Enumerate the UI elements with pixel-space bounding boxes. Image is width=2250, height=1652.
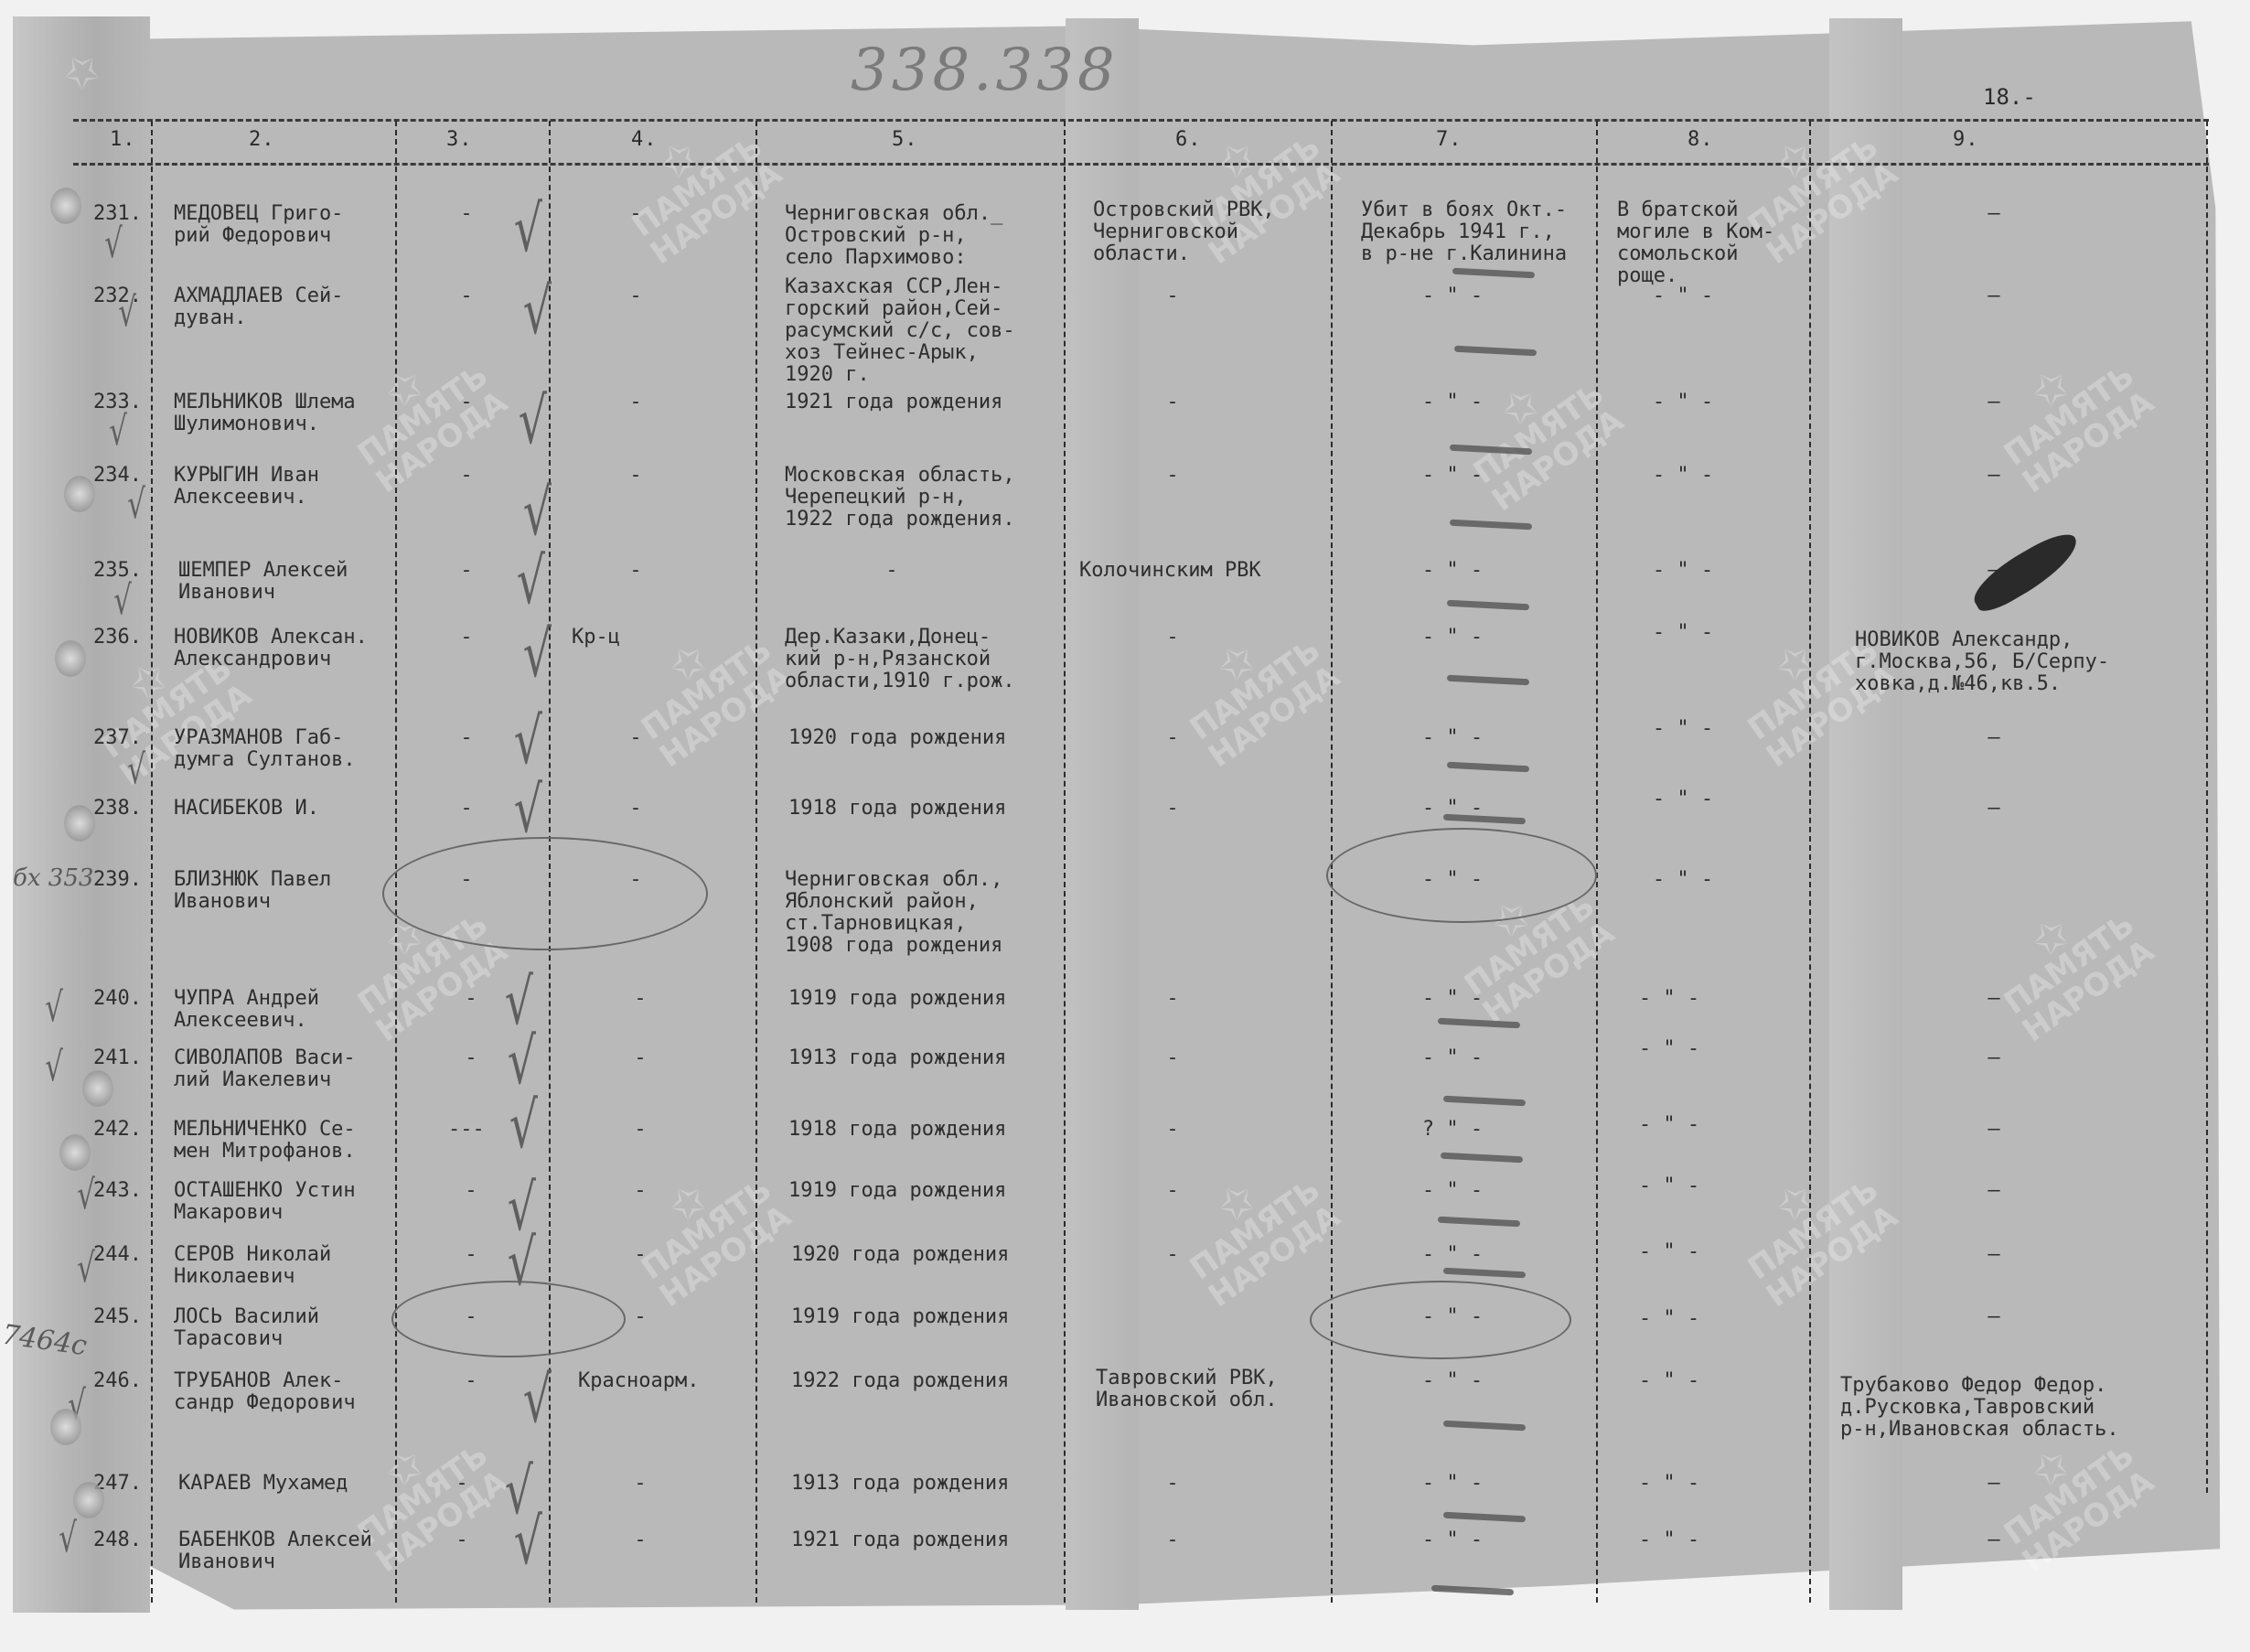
col6-rvk: - [1154, 1529, 1191, 1551]
check-mark-icon: √ [127, 485, 145, 525]
soldier-name-cont: Николаевич [174, 1266, 295, 1288]
col9-relative: — [1976, 988, 2012, 1010]
check-mark-icon: √ [523, 1368, 552, 1432]
check-mark-icon: √ [113, 581, 132, 621]
col9-relative: — [1976, 1473, 2012, 1495]
col4-value: - [617, 285, 654, 307]
col9-relative: — [1976, 285, 2012, 307]
col6-rvk: Островский РВК, Черниговской области. [1093, 199, 1275, 265]
col4-value: - [622, 1244, 659, 1266]
column-header-8: 8. [1687, 128, 1714, 151]
soldier-name-cont: сандр Федорович [174, 1392, 356, 1414]
soldier-name-cont: Иванович [174, 891, 271, 913]
col9-relative: — [1976, 1306, 2012, 1328]
col8-burial: - " - [1646, 560, 1720, 582]
row-number: 248. [78, 1529, 142, 1551]
col5-birthplace: Черниговская обл., Яблонский район, ст.Т… [785, 869, 1002, 957]
col3-value: - [453, 988, 489, 1010]
col6-rvk: - [1154, 988, 1191, 1010]
col7-fate: - " - [1416, 1047, 1489, 1069]
col4-value: - [622, 1047, 659, 1069]
page-number: 18.- [1983, 84, 2036, 110]
check-mark-icon: √ [45, 988, 63, 1028]
table-header-rule [73, 163, 2209, 166]
col7-fate: - " - [1416, 1180, 1489, 1202]
col4-value: - [622, 988, 659, 1010]
column-header-6: 6. [1175, 128, 1202, 151]
check-mark-icon: √ [514, 778, 542, 842]
col6-rvk: - [1154, 1473, 1191, 1495]
col7-fate: Убит в боях Окт.- Декабрь 1941 г., в р-н… [1361, 199, 1567, 265]
col7-fate: - " - [1416, 285, 1489, 307]
column-header-7: 7. [1436, 128, 1462, 151]
col5-birthplace: 1920 года рождения [791, 1244, 1009, 1266]
col8-burial: - " - [1633, 1038, 1706, 1060]
col5-birthplace: 1913 года рождения [791, 1473, 1009, 1495]
col9-relative: НОВИКОВ Александр, г.Москва,56, Б/Серпу-… [1855, 629, 2109, 695]
col9-relative: — [1976, 1529, 2012, 1551]
col7-fate: - " - [1416, 627, 1489, 649]
circled-mark [1326, 828, 1597, 923]
col6-rvk: Тавровский РВК, Ивановской обл. [1096, 1368, 1278, 1411]
col6-rvk: - [1154, 1119, 1191, 1141]
check-mark-icon: √ [508, 1230, 536, 1294]
col9-relative: — [1976, 203, 2012, 225]
col8-burial: - " - [1646, 392, 1720, 413]
col3-value: - [448, 285, 485, 307]
punch-hole [82, 1070, 113, 1107]
col5-birthplace: 1918 года рождения [788, 1119, 1006, 1141]
col4-value: - [622, 1180, 659, 1202]
check-mark-icon: √ [514, 197, 542, 261]
soldier-name: УРАЗМАНОВ Габ- [174, 727, 343, 749]
col5-birthplace: 1919 года рождения [791, 1306, 1009, 1328]
col7-fate: - " - [1416, 465, 1489, 487]
col6-rvk: - [1154, 392, 1191, 413]
soldier-name-cont: Иванович [178, 1551, 275, 1573]
col9-relative: — [1976, 798, 2012, 820]
col8-burial: - " - [1633, 1473, 1706, 1495]
archive-number-handwritten: 338.338 [851, 37, 1119, 104]
col8-burial: - " - [1646, 622, 1720, 644]
col7-fate: - " - [1416, 392, 1489, 413]
col3-value: - [453, 1370, 489, 1392]
check-mark-icon: √ [514, 1509, 542, 1573]
col7-fate: - " - [1416, 560, 1489, 582]
check-mark-icon: √ [59, 1518, 77, 1559]
col3-value: - [453, 1244, 489, 1266]
soldier-name: МЕЛЬНИКОВ Шлема [174, 392, 356, 413]
check-mark-icon: √ [523, 480, 552, 544]
row-number: 242. [78, 1119, 142, 1141]
punch-hole [50, 188, 81, 224]
col7-fate: - " - [1416, 1370, 1489, 1392]
col9-relative: — [1976, 465, 2012, 487]
col3-value: - [448, 392, 485, 413]
col9-relative: — [1976, 1180, 2012, 1202]
col3-value: - [444, 1473, 480, 1495]
column-header-2: 2. [249, 128, 275, 151]
col3-value: - [453, 1180, 489, 1202]
col5-birthplace: 1913 года рождения [788, 1047, 1006, 1069]
col3-value: - [448, 560, 485, 582]
col8-burial: - " - [1633, 1175, 1706, 1197]
col7-fate: - " - [1416, 1244, 1489, 1266]
col6-rvk: - [1154, 1047, 1191, 1069]
soldier-name: ОСТАШЕНКО Устин [174, 1180, 356, 1202]
column-header-9: 9. [1953, 128, 1979, 151]
col9-relative: Трубаково Федор Федор. д.Русковка,Тавров… [1840, 1375, 2119, 1441]
soldier-name: БАБЕНКОВ Алексей [178, 1529, 372, 1551]
soldier-name: МЕЛЬНИЧЕНКО Се- [174, 1119, 356, 1141]
col6-rvk: - [1154, 727, 1191, 749]
col7-fate: ? " - [1416, 1119, 1489, 1141]
column-divider [1596, 121, 1598, 1603]
col8-burial: В братской могиле в Ком- сомольской роще… [1617, 199, 1774, 287]
col5-birthplace: 1921 года рождения [785, 392, 1002, 413]
check-mark-icon: √ [118, 293, 136, 333]
column-divider [1064, 121, 1066, 1603]
col4-value: - [617, 203, 654, 225]
check-mark-icon: √ [45, 1047, 63, 1088]
col9-relative: — [1976, 1244, 2012, 1266]
col4-value: Красноарм. [578, 1370, 699, 1392]
col8-burial: - " - [1646, 285, 1720, 307]
column-divider [755, 121, 757, 1603]
col6-rvk: - [1154, 285, 1191, 307]
check-mark-icon: √ [519, 389, 547, 453]
circled-mark [382, 837, 708, 950]
col4-value: - [617, 798, 654, 820]
check-mark-icon: √ [514, 709, 542, 773]
punch-hole [64, 805, 95, 842]
col3-value: - [448, 727, 485, 749]
column-header-5: 5. [892, 128, 918, 151]
check-mark-icon: √ [523, 622, 552, 686]
check-mark-icon: √ [508, 1029, 536, 1093]
column-divider [395, 121, 397, 1603]
col4-value: - [617, 465, 654, 487]
row-number: 235. [78, 560, 142, 582]
col5-birthplace: Дер.Казаки,Донец- кий р-н,Рязанской обла… [785, 627, 1015, 692]
soldier-name-cont: лий Иакелевич [174, 1069, 331, 1091]
circled-mark [1310, 1281, 1571, 1359]
col8-burial: - " - [1633, 1529, 1706, 1551]
col8-burial: - " - [1646, 465, 1720, 487]
check-mark-icon: √ [523, 279, 552, 343]
col5-birthplace: 1919 года рождения [788, 988, 1006, 1010]
col3-value: - [444, 1529, 480, 1551]
soldier-name: КАРАЕВ Мухамед [178, 1473, 348, 1495]
soldier-name: НОВИКОВ Алексан. [174, 627, 368, 649]
soldier-name-cont: рий Федорович [174, 225, 331, 247]
col3-value: - [448, 203, 485, 225]
col5-birthplace: 1922 года рождения [791, 1370, 1009, 1392]
column-header-1: 1. [110, 128, 136, 151]
col4-value: - [622, 1306, 659, 1328]
col7-fate: - " - [1416, 1529, 1489, 1551]
check-mark-icon: √ [509, 1093, 538, 1157]
col7-fate: - " - [1416, 727, 1489, 749]
soldier-name: МЕДОВЕЦ Григо- [174, 203, 343, 225]
col6-rvk: - [1154, 1244, 1191, 1266]
soldier-name-cont: Алексеевич. [174, 1010, 307, 1032]
check-mark-icon: √ [127, 750, 145, 790]
col9-relative: — [1976, 727, 2012, 749]
punch-hole [55, 640, 86, 677]
col7-fate: - " - [1416, 988, 1489, 1010]
col8-burial: - " - [1646, 718, 1720, 740]
col6-rvk: - [1154, 1180, 1191, 1202]
soldier-name-cont: думга Султанов. [174, 749, 356, 771]
col4-value: - [617, 727, 654, 749]
column-divider [1809, 121, 1811, 1603]
col5-birthplace: Черниговская обл._ Островский р-н, село … [785, 203, 1002, 269]
col4-value: - [622, 1529, 659, 1551]
soldier-name: СИВОЛАПОВ Васи- [174, 1047, 356, 1069]
col6-rvk: Колочинским РВК [1079, 560, 1261, 582]
row-number: 241. [78, 1047, 142, 1069]
col9-relative: — [1976, 1047, 2012, 1069]
soldier-name-cont: мен Митрофанов. [174, 1141, 356, 1163]
col9-relative: — [1976, 392, 2012, 413]
column-divider [151, 121, 153, 1603]
col8-burial: - " - [1646, 788, 1720, 810]
punch-hole [73, 1482, 104, 1518]
soldier-name: ЛОСЬ Василий [174, 1306, 319, 1328]
col4-value: - [617, 560, 654, 582]
col3-value: - [448, 627, 485, 649]
soldier-name: ТРУБАНОВ Алек- [174, 1370, 343, 1392]
col4-value: - [617, 392, 654, 413]
col4-value: Кр-ц [572, 627, 620, 649]
col8-burial: - " - [1646, 869, 1720, 891]
soldier-name-cont: Макарович [174, 1202, 283, 1224]
col6-rvk: - [1154, 465, 1191, 487]
soldier-name: СЕРОВ Николай [174, 1244, 331, 1266]
soldier-name-cont: дуван. [174, 307, 246, 329]
punch-hole [50, 1409, 81, 1445]
col8-burial: - " - [1633, 1114, 1706, 1136]
soldier-name-cont: Иванович [178, 582, 275, 604]
col8-burial: - " - [1633, 1308, 1706, 1330]
col6-rvk: - [1154, 798, 1191, 820]
col5-birthplace: 1921 года рождения [791, 1529, 1009, 1551]
column-header-3: 3. [446, 128, 473, 151]
col5-birthplace: - [873, 560, 910, 582]
check-mark-icon: √ [77, 1175, 95, 1216]
col4-value: - [622, 1119, 659, 1141]
col5-birthplace: 1918 года рождения [788, 798, 1006, 820]
check-mark-icon: √ [104, 224, 123, 264]
row-number: 236. [78, 627, 142, 649]
page-fold-right [1829, 18, 1902, 1610]
col5-birthplace: Московская область, Черепецкий р-н, 1922… [785, 465, 1015, 531]
col9-relative: — [1976, 1119, 2012, 1141]
col4-value: - [622, 1473, 659, 1495]
check-mark-icon: √ [77, 1249, 95, 1289]
row-number: 246. [78, 1370, 142, 1392]
row-number: 245. [78, 1306, 142, 1328]
column-header-4: 4. [631, 128, 658, 151]
punch-hole [64, 476, 95, 512]
col3-value: --- [448, 1119, 485, 1141]
col8-burial: - " - [1633, 1241, 1706, 1263]
col3-value: - [448, 798, 485, 820]
soldier-name-cont: Шулимонович. [174, 413, 319, 435]
soldier-name: НАСИБЕКОВ И. [174, 798, 319, 820]
soldier-name: ШЕМПЕР Алексей [178, 560, 348, 582]
soldier-name-cont: Александрович [174, 649, 331, 670]
soldier-name: БЛИЗНЮК Павел [174, 869, 331, 891]
column-divider [2206, 121, 2208, 1493]
col8-burial: - " - [1633, 1370, 1706, 1392]
row-number: 239. [78, 869, 142, 891]
table-top-rule [73, 119, 2209, 122]
soldier-name: ЧУПРА Андрей [174, 988, 319, 1010]
col8-burial: - " - [1633, 988, 1706, 1010]
soldier-name-cont: Алексеевич. [174, 487, 307, 509]
soldier-name: АХМАДЛАЕВ Сей- [174, 285, 343, 307]
col5-birthplace: 1919 года рождения [788, 1180, 1006, 1202]
col5-birthplace: 1920 года рождения [788, 727, 1006, 749]
check-mark-icon: √ [109, 412, 127, 452]
check-mark-icon: √ [517, 549, 545, 613]
col7-fate: - " - [1416, 1473, 1489, 1495]
col3-value: - [448, 465, 485, 487]
row-number: 240. [78, 988, 142, 1010]
col6-rvk: - [1154, 627, 1191, 649]
col5-birthplace: Казахская ССР,Лен- горский район,Сей- ра… [785, 276, 1015, 386]
soldier-name: КУРЫГИН Иван [174, 465, 319, 487]
soldier-name-cont: Тарасович [174, 1328, 283, 1350]
col3-value: - [453, 1047, 489, 1069]
punch-hole [59, 1134, 91, 1171]
